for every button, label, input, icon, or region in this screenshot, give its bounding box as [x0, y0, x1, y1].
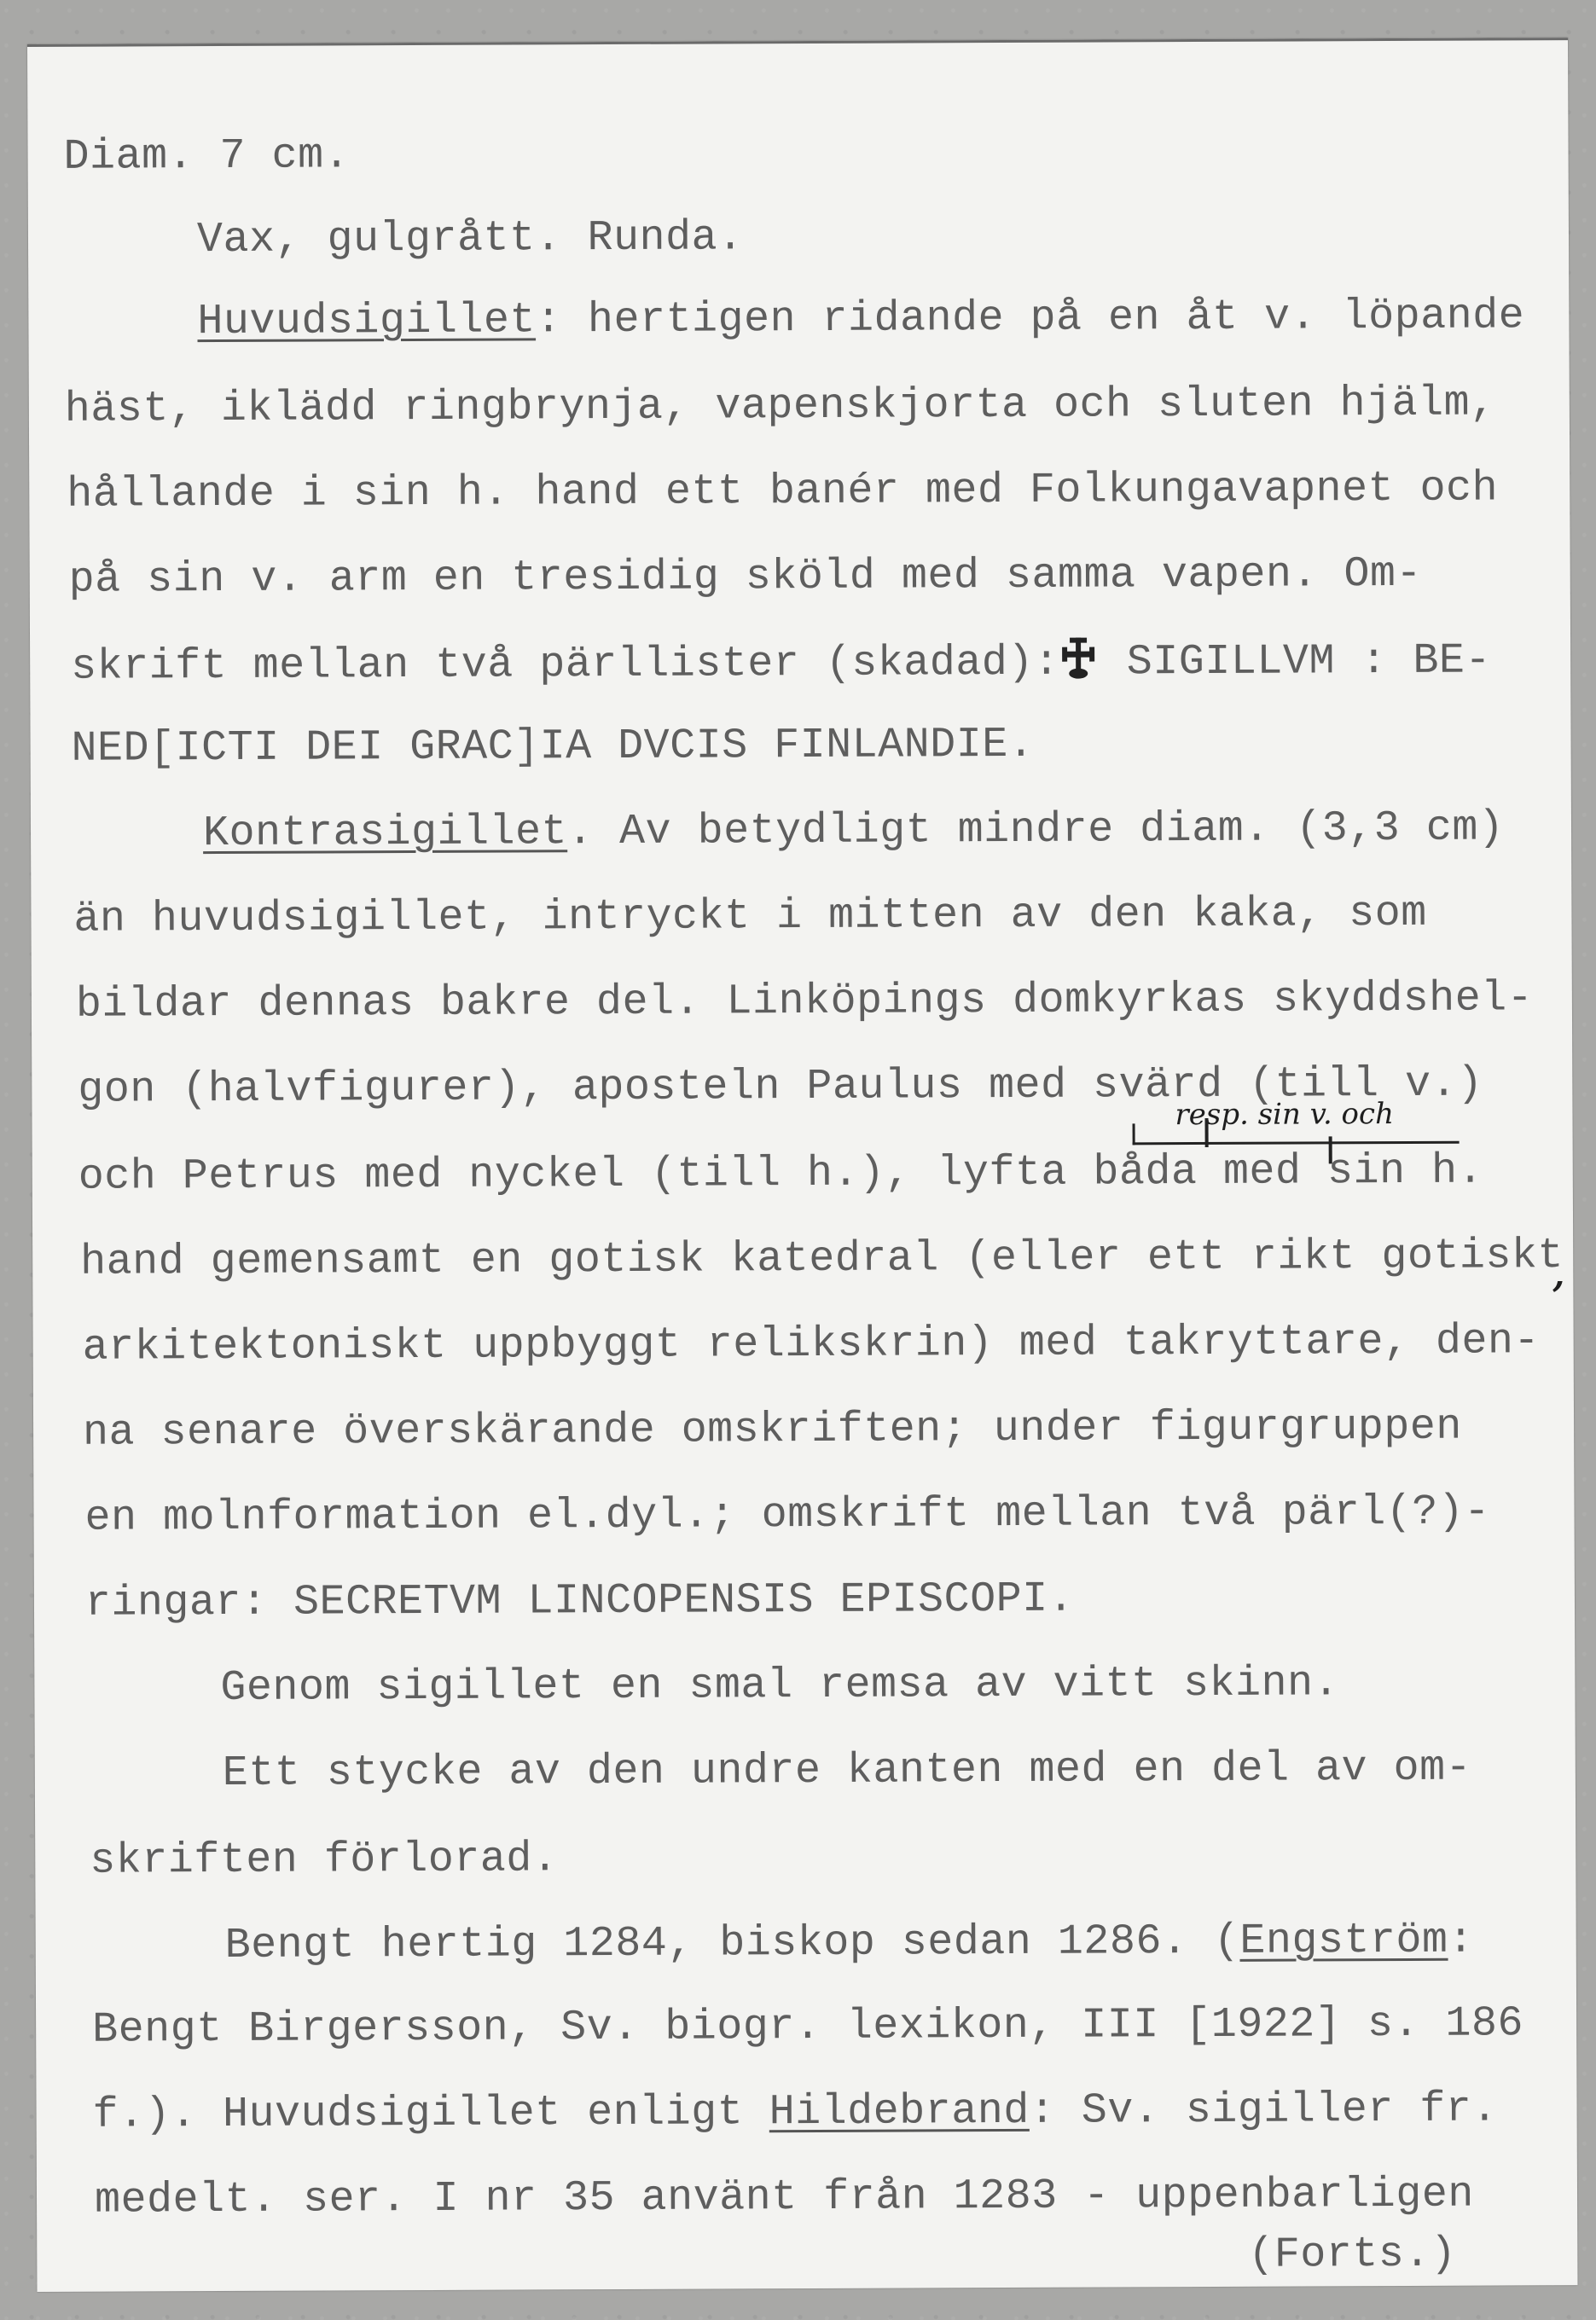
line-15: arkitektoniskt uppbyggt relikskrin) med … — [83, 1318, 1541, 1372]
line-17: en molnformation el.dyl.; omskrift mella… — [84, 1489, 1489, 1543]
line-5: hållande i sin h. hand ett banér med Fol… — [67, 465, 1498, 519]
line-8: NED[ICTI DEI GRAC]IA DVCIS FINLANDIE. — [71, 722, 1034, 774]
line-10: än huvudsigillet, intryckt i mitten av d… — [73, 890, 1426, 944]
line-13: och Petrus med nyckel (till h.), lyfta b… — [78, 1148, 1483, 1202]
line-24: f.). Huvudsigillet enligt Hildebrand: Sv… — [92, 2086, 1498, 2140]
line-16: na senare överskärande omskriften; under… — [83, 1404, 1462, 1458]
line-huvudsigillet: Huvudsigillet: hertigen ridande på en åt… — [197, 293, 1524, 346]
line-6: på sin v. arm en tresidig sköld med samm… — [69, 551, 1422, 605]
heading-kontrasigillet: Kontrasigillet — [203, 808, 567, 858]
reference-hildebrand: Hildebrand — [769, 2087, 1030, 2137]
insertion-bracket — [1133, 1122, 1460, 1145]
cross-symbol-icon — [1061, 636, 1095, 681]
line-7: skrift mellan två pärllister (skadad): S… — [71, 635, 1491, 692]
line-4: häst, iklädd ringbrynja, vapenskjorta oc… — [65, 380, 1496, 433]
line-22: Bengt hertig 1284, biskop sedan 1286. (E… — [225, 1917, 1474, 1970]
line-11: bildar dennas bakre del. Linköpings domk… — [76, 975, 1534, 1029]
line-diameter: Diam. 7 cm. — [63, 132, 350, 181]
index-card: Diam. 7 cm. Vax, gulgrått. Runda. Huvuds… — [27, 38, 1577, 2292]
line-material: Vax, gulgrått. Runda. — [197, 214, 744, 264]
reference-engstrom: Engström — [1239, 1917, 1448, 1966]
line-kontrasigillet: Kontrasigillet. Av betydligt mindre diam… — [203, 804, 1504, 858]
insertion-tick — [1205, 1118, 1209, 1147]
line-14: hand gemensamt en gotisk katedral (eller… — [80, 1232, 1564, 1287]
line-23: Bengt Birgersson, Sv. biogr. lexikon, II… — [92, 2000, 1523, 2054]
line-25: medelt. ser. I nr 35 använt från 1283 - … — [95, 2172, 1474, 2225]
line-20: Ett stycke av den undre kanten med en de… — [223, 1745, 1471, 1798]
handwritten-comma: , — [1552, 1255, 1564, 1295]
line-19: Genom sigillet en smal remsa av vitt ski… — [220, 1660, 1339, 1713]
line-18: ringar: SECRETVM LINCOPENSIS EPISCOPI. — [85, 1576, 1074, 1628]
line-21: skriften förlorad. — [90, 1836, 558, 1885]
heading-huvudsigillet: Huvudsigillet — [197, 296, 536, 346]
continued-note: (Forts.) — [1248, 2231, 1456, 2280]
